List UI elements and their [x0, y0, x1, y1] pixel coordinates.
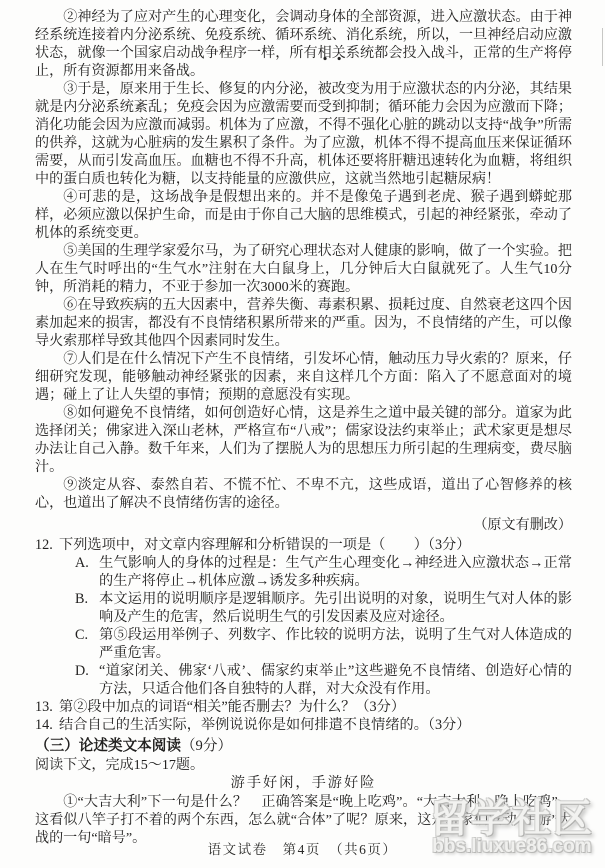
question-12-option-d: D.“道家闭关、佛家‘八戒’、儒家约束举止”这些避免不良情绪、创造好心情的方法，… [35, 662, 572, 698]
question-14: 14.结合自己的生活实际，举例说说你是如何排遣不良情绪的。（3分） [35, 716, 572, 734]
question-13-number: 13. [35, 698, 59, 716]
question-12-stem: 下列选项中，对文章内容理解和分析错误的一项是（ ）（3分） [59, 537, 470, 553]
essay-title: 游手好闲，手游好险 [35, 774, 572, 793]
question-12-option-c: C.第⑤段运用举例子、列数字、作比较的说明方法，说明了生气对人体造成的严重危害。 [35, 626, 572, 662]
passage-paragraph-7: ⑦人们是在什么情况下产生不良情绪，引发坏心情，触动压力导火索的？原来，仔细研究发… [35, 350, 572, 404]
emphasized-word: 相关 [318, 45, 346, 61]
section-3-title: （三）论述类文本阅读 [35, 738, 181, 754]
section-3-points: （9分） [181, 738, 232, 754]
option-b-label: B. [75, 590, 99, 608]
question-12: 12.下列选项中，对文章内容理解和分析错误的一项是（ ）（3分） [35, 536, 572, 554]
passage-paragraph-2: ②神经为了应对产生的心理变化，会调动身体的全部资源，进入应激状态。由于神经系统连… [35, 8, 572, 80]
page-footer: 语文试卷 第4页 （共6页） [0, 838, 605, 858]
option-d-text: “道家闭关、佛家‘八戒’、儒家约束举止”这些避免不良情绪、创造好心情的方法，只适… [99, 663, 572, 697]
option-a-text: 生气影响人的身体的过程是：生气产生心理变化→神经进入应激状态→正常的生产将停止→… [99, 555, 572, 589]
section-3-heading: （三）论述类文本阅读（9分） [35, 737, 572, 756]
scan-artifact-line [602, 28, 603, 66]
question-12-number: 12. [35, 536, 59, 554]
passage-paragraph-3: ③于是，原来用于生长、修复的内分泌，被改变为用于应激状态的内分泌，其结果就是内分… [35, 80, 572, 188]
option-c-text: 第⑤段运用举例子、列数字、作比较的说明方法，说明了生气对人体造成的严重危害。 [99, 627, 572, 661]
question-14-number: 14. [35, 716, 59, 734]
passage-paragraph-8: ⑧如何避免不良情绪，如何创造好心情，这是养生之道中最关键的部分。道家为此选择闭关… [35, 404, 572, 476]
reading-instruction: 阅读下文，完成15～17题。 [35, 756, 572, 774]
question-13: 13.第②段中加点的词语“相关”能否删去？为什么？（3分） [35, 698, 572, 716]
source-note: （原文有删改） [35, 516, 572, 534]
question-13-text: 第②段中加点的词语“相关”能否删去？为什么？（3分） [59, 699, 405, 715]
option-a-label: A. [75, 554, 99, 572]
passage-paragraph-6: ⑥在导致疾病的五大因素中，营养失衡、毒素积累、损耗过度、自然衰老这四个因素加起来… [35, 296, 572, 350]
question-12-option-b: B.本文运用的说明顺序是逻辑顺序。先引出说明的对象，说明生气对人体的影响及产生的… [35, 590, 572, 626]
passage-paragraph-4: ④可悲的是，这场战争是假想出来的。并不是像兔子遇到老虎、猴子遇到蟒蛇那样，必须应… [35, 188, 572, 242]
passage-paragraph-9: ⑨淡定从容、泰然自若、不慌不忙、不卑不亢，这些成语，道出了心智修养的核心，也道出… [35, 476, 572, 512]
option-c-label: C. [75, 626, 99, 644]
page-content: ②神经为了应对产生的心理变化，会调动身体的全部资源，进入应激状态。由于神经系统连… [0, 0, 605, 847]
question-14-text: 结合自己的生活实际，举例说说你是如何排遣不良情绪的。（3分） [59, 717, 470, 733]
question-12-option-a: A.生气影响人的身体的过程是：生气产生心理变化→神经进入应激状态→正常的生产将停… [35, 554, 572, 590]
passage-paragraph-5: ⑤美国的生理学家爱尔马，为了研究心理状态对人健康的影响，做了一个实验。把人在生气… [35, 242, 572, 296]
option-b-text: 本文运用的说明顺序是逻辑顺序。先引出说明的对象，说明生气对人体的影响及产生的危害… [99, 591, 572, 625]
exam-page: ②神经为了应对产生的心理变化，会调动身体的全部资源，进入应激状态。由于神经系统连… [0, 0, 605, 868]
option-d-label: D. [75, 662, 99, 680]
